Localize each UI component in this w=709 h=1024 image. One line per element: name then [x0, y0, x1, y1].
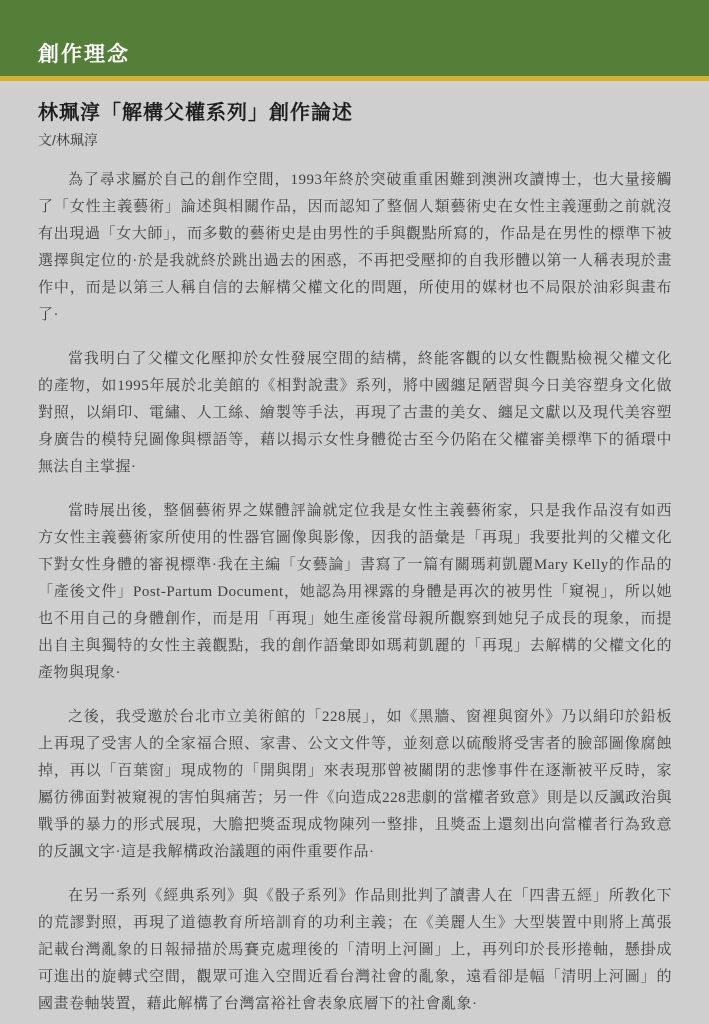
- article-byline: 文/林珮淳: [38, 130, 672, 150]
- section-title: 創作理念: [38, 38, 130, 68]
- paragraph-4: 之後，我受邀於台北市立美術館的「228展」，如《黑牆、窗裡與窗外》乃以絹印於鉛板…: [38, 704, 672, 866]
- article-content: 林珮淳「解構父權系列」創作論述 文/林珮淳 為了尋求屬於自己的創作空間，1993…: [0, 81, 709, 1018]
- document-page: 創作理念 林珮淳「解構父權系列」創作論述 文/林珮淳 為了尋求屬於自己的創作空間…: [0, 0, 709, 1024]
- article-title: 林珮淳「解構父權系列」創作論述: [38, 96, 672, 125]
- section-header-band: 創作理念: [0, 0, 709, 76]
- paragraph-5: 在另一系列《經典系列》與《骰子系列》作品則批判了讀書人在「四書五經」所教化下的荒…: [38, 883, 672, 1018]
- paragraph-1: 為了尋求屬於自己的創作空間，1993年終於突破重重困難到澳洲攻讀博士，也大量接觸…: [38, 167, 672, 329]
- paragraph-3: 當時展出後，整個藝術界之媒體評論就定位我是女性主義藝術家，只是我作品沒有如西方女…: [38, 498, 672, 687]
- paragraph-2: 當我明白了父權文化壓抑於女性發展空間的結構，終能客觀的以女性觀點檢視父權文化的產…: [38, 346, 672, 481]
- article-body: 為了尋求屬於自己的創作空間，1993年終於突破重重困難到澳洲攻讀博士，也大量接觸…: [38, 167, 672, 1018]
